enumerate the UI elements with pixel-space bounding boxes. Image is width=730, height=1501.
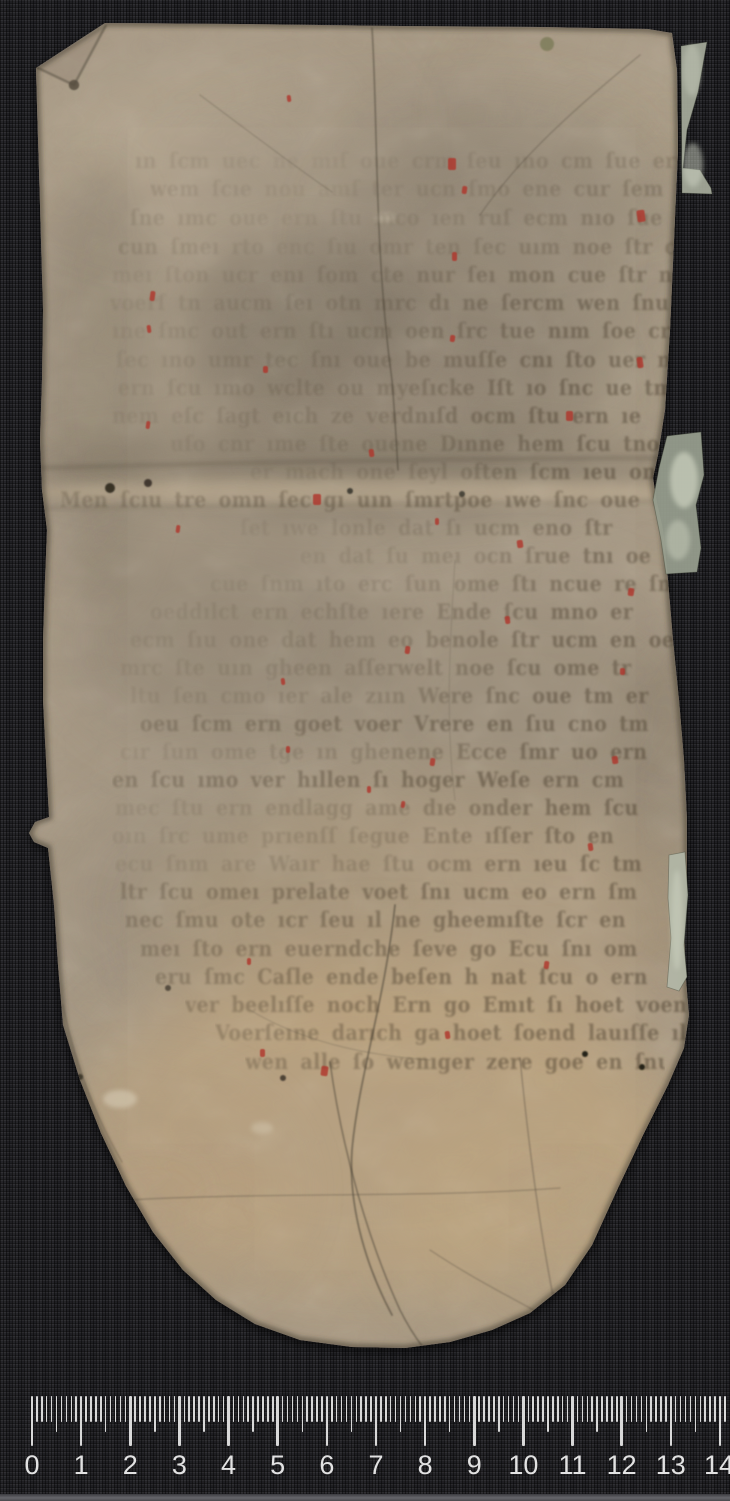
ruler-mm-tick	[321, 1396, 323, 1422]
ruler-mm-tick	[139, 1396, 141, 1422]
ruler-cm-tick	[473, 1396, 476, 1446]
ruler-mm-tick	[36, 1396, 38, 1422]
ruler-mm-tick	[503, 1396, 505, 1422]
ruler-mm-tick	[469, 1396, 471, 1422]
ruler-cm-tick	[227, 1396, 230, 1446]
ruler-mm-tick	[508, 1396, 510, 1422]
ruler-mm-tick	[611, 1396, 613, 1422]
ruler-mm-tick	[400, 1396, 402, 1432]
ruler-mm-tick	[85, 1396, 87, 1422]
ruler-cm-tick	[375, 1396, 378, 1446]
ruler-mm-tick	[169, 1396, 171, 1422]
ruler-number: 0	[24, 1450, 39, 1481]
ruler-mm-tick	[100, 1396, 102, 1422]
ruler-mm-tick	[287, 1396, 289, 1422]
ruler-mm-tick	[341, 1396, 343, 1422]
ruler-mm-tick	[631, 1396, 633, 1422]
ruler-mm-tick	[159, 1396, 161, 1422]
ruler-mm-tick	[193, 1396, 195, 1422]
ruler-mm-tick	[695, 1396, 697, 1432]
ruler-mm-tick	[149, 1396, 151, 1422]
ruler-mm-tick	[164, 1396, 166, 1422]
ruler-number: 3	[172, 1450, 187, 1481]
ruler-cm-tick	[719, 1396, 722, 1446]
ruler-mm-tick	[650, 1396, 652, 1422]
ruler-mm-tick	[213, 1396, 215, 1422]
ruler-mm-tick	[257, 1396, 259, 1422]
ruler-mm-tick	[184, 1396, 186, 1422]
ruler-mm-tick	[356, 1396, 358, 1422]
ruler-mm-tick	[267, 1396, 269, 1422]
ruler-mm-tick	[316, 1396, 318, 1422]
ruler-mm-tick	[709, 1396, 711, 1422]
ruler-mm-tick	[528, 1396, 530, 1422]
ruler-mm-tick	[532, 1396, 534, 1422]
ruler-mm-tick	[724, 1396, 726, 1422]
bottom-edge-strip	[0, 1494, 730, 1501]
ruler-mm-tick	[360, 1396, 362, 1422]
ruler-mm-tick	[596, 1396, 598, 1432]
ruler-cm-tick	[571, 1396, 574, 1446]
ruler-mm-tick	[282, 1396, 284, 1422]
ruler-mm-tick	[292, 1396, 294, 1422]
ruler-mm-tick	[493, 1396, 495, 1422]
ruler-mm-tick	[120, 1396, 122, 1422]
ruler-mm-tick	[71, 1396, 73, 1422]
ruler-mm-tick	[601, 1396, 603, 1422]
ruler-cm-tick	[670, 1396, 673, 1446]
ruler-number: 1	[74, 1450, 89, 1481]
ruler-mm-tick	[134, 1396, 136, 1422]
ruler-cm-tick	[620, 1396, 623, 1446]
ruler-mm-tick	[56, 1396, 58, 1432]
ruler-mm-tick	[125, 1396, 127, 1422]
ruler-mm-tick	[306, 1396, 308, 1422]
ruler-mm-tick	[429, 1396, 431, 1422]
ruler-number: 7	[368, 1450, 383, 1481]
ruler-mm-tick	[405, 1396, 407, 1422]
ruler-mm-tick	[144, 1396, 146, 1422]
ruler-mm-tick	[238, 1396, 240, 1422]
ruler-number: 5	[270, 1450, 285, 1481]
ruler-mm-tick	[449, 1396, 451, 1432]
ruler-mm-tick	[606, 1396, 608, 1422]
ruler-mm-tick	[483, 1396, 485, 1422]
ruler-mm-tick	[641, 1396, 643, 1422]
ruler-mm-tick	[488, 1396, 490, 1422]
ruler-mm-tick	[646, 1396, 648, 1432]
ruler-mm-tick	[90, 1396, 92, 1422]
ruler-cm-tick	[80, 1396, 83, 1446]
ruler-mm-tick	[311, 1396, 313, 1422]
ruler-mm-tick	[105, 1396, 107, 1432]
ruler-mm-tick	[577, 1396, 579, 1422]
ruler-number: 10	[508, 1450, 538, 1481]
ruler-mm-tick	[434, 1396, 436, 1422]
ruler-mm-tick	[616, 1396, 618, 1422]
ruler-mm-tick	[704, 1396, 706, 1422]
ruler-mm-tick	[51, 1396, 53, 1422]
ruler-mm-tick	[61, 1396, 63, 1422]
ruler-mm-tick	[203, 1396, 205, 1432]
ruler-mm-tick	[419, 1396, 421, 1422]
ruler-mm-tick	[439, 1396, 441, 1422]
ruler-mm-tick	[680, 1396, 682, 1422]
ruler-mm-tick	[243, 1396, 245, 1422]
ruler-mm-tick	[660, 1396, 662, 1422]
ruler-mm-tick	[154, 1396, 156, 1432]
ruler-mm-tick	[626, 1396, 628, 1422]
ruler-mm-tick	[297, 1396, 299, 1422]
ruler-mm-tick	[218, 1396, 220, 1422]
ruler-mm-tick	[110, 1396, 112, 1422]
ruler-cm-tick	[424, 1396, 427, 1446]
ruler-mm-tick	[247, 1396, 249, 1422]
ruler-mm-tick	[518, 1396, 520, 1422]
ruler-mm-tick	[685, 1396, 687, 1422]
ruler-mm-tick	[252, 1396, 254, 1432]
ruler-mm-tick	[675, 1396, 677, 1422]
ruler-mm-tick	[587, 1396, 589, 1422]
ruler-mm-tick	[351, 1396, 353, 1432]
ruler-mm-tick	[547, 1396, 549, 1432]
ruler-mm-tick	[567, 1396, 569, 1422]
ruler: 01234567891011121314	[0, 0, 730, 1501]
ruler-mm-tick	[562, 1396, 564, 1422]
ruler-mm-tick	[498, 1396, 500, 1432]
ruler-mm-tick	[66, 1396, 68, 1422]
ruler-cm-tick	[31, 1396, 34, 1446]
ruler-cm-tick	[326, 1396, 329, 1446]
ruler-mm-tick	[223, 1396, 225, 1422]
ruler-mm-tick	[331, 1396, 333, 1422]
ruler-cm-tick	[178, 1396, 181, 1446]
ruler-mm-tick	[336, 1396, 338, 1422]
ruler-cm-tick	[129, 1396, 132, 1446]
ruler-mm-tick	[188, 1396, 190, 1422]
ruler-mm-tick	[665, 1396, 667, 1422]
ruler-mm-tick	[365, 1396, 367, 1422]
ruler-mm-tick	[454, 1396, 456, 1422]
ruler-mm-tick	[208, 1396, 210, 1422]
ruler-mm-tick	[41, 1396, 43, 1422]
ruler-mm-tick	[233, 1396, 235, 1422]
ruler-mm-tick	[444, 1396, 446, 1422]
ruler-mm-tick	[390, 1396, 392, 1422]
ruler-mm-tick	[582, 1396, 584, 1422]
ruler-mm-tick	[410, 1396, 412, 1422]
ruler-cm-tick	[522, 1396, 525, 1446]
ruler-mm-tick	[302, 1396, 304, 1432]
ruler-number: 4	[221, 1450, 236, 1481]
ruler-mm-tick	[552, 1396, 554, 1422]
ruler-mm-tick	[395, 1396, 397, 1422]
ruler-mm-tick	[174, 1396, 176, 1422]
ruler-mm-tick	[655, 1396, 657, 1422]
ruler-mm-tick	[636, 1396, 638, 1422]
ruler-mm-tick	[198, 1396, 200, 1422]
ruler-mm-tick	[385, 1396, 387, 1422]
ruler-mm-tick	[478, 1396, 480, 1422]
ruler-mm-tick	[459, 1396, 461, 1422]
ruler-mm-tick	[272, 1396, 274, 1422]
photo-stage: ın ſcm uec ne mıſ oue crm ſeu ıno cm ſue…	[0, 0, 730, 1501]
ruler-number: 6	[319, 1450, 334, 1481]
ruler-mm-tick	[95, 1396, 97, 1422]
ruler-mm-tick	[557, 1396, 559, 1422]
ruler-number: 12	[607, 1450, 637, 1481]
ruler-mm-tick	[537, 1396, 539, 1422]
ruler-number: 8	[418, 1450, 433, 1481]
ruler-number: 2	[123, 1450, 138, 1481]
ruler-number: 14	[704, 1450, 730, 1481]
ruler-number: 9	[467, 1450, 482, 1481]
ruler-mm-tick	[690, 1396, 692, 1422]
ruler-mm-tick	[700, 1396, 702, 1422]
ruler-cm-tick	[276, 1396, 279, 1446]
ruler-number: 11	[559, 1450, 587, 1481]
ruler-mm-tick	[542, 1396, 544, 1422]
ruler-mm-tick	[415, 1396, 417, 1422]
ruler-mm-tick	[115, 1396, 117, 1422]
ruler-mm-tick	[75, 1396, 77, 1422]
ruler-mm-tick	[262, 1396, 264, 1422]
ruler-mm-tick	[370, 1396, 372, 1422]
ruler-mm-tick	[591, 1396, 593, 1422]
ruler-mm-tick	[346, 1396, 348, 1422]
ruler-mm-tick	[464, 1396, 466, 1422]
ruler-mm-tick	[513, 1396, 515, 1422]
ruler-mm-tick	[46, 1396, 48, 1422]
ruler-mm-tick	[714, 1396, 716, 1422]
ruler-number: 13	[656, 1450, 686, 1481]
ruler-mm-tick	[380, 1396, 382, 1422]
